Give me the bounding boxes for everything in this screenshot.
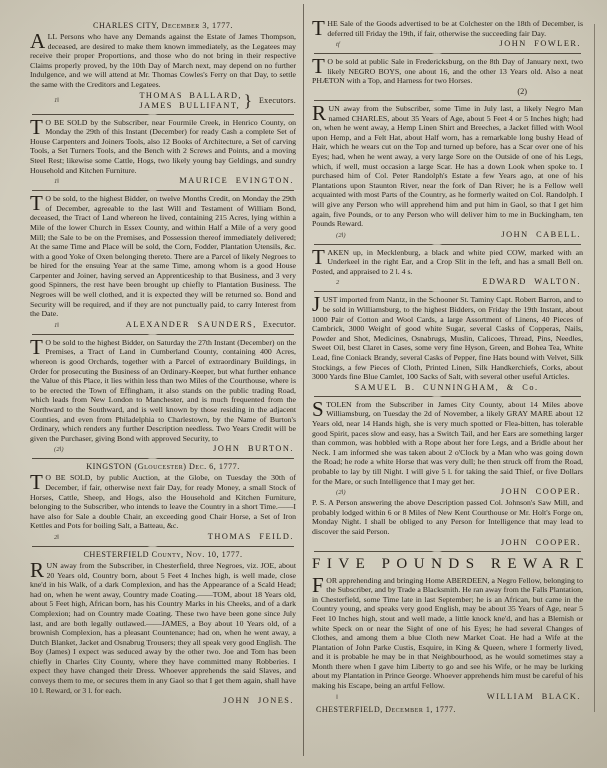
ad-body-text: O BE SOLD, by public Auction, at the Glo… [30, 473, 296, 530]
ad-separator [32, 458, 294, 459]
ad-land-sale-burton: TO be sold to the highest Bidder, on Sat… [30, 338, 296, 456]
printers-mark: (2‖) [312, 230, 346, 241]
ad-taken-up-cow-walton: TAKEN up, in Mecklenburg, a black and wh… [312, 248, 583, 289]
ad-runaway-notice-cabell: RUN away from the Subscriber, some Time … [312, 104, 583, 241]
ad-separator [32, 114, 294, 115]
ad-dateline: KINGSTON (Gloucester) Dec. 6, 1777. [30, 462, 296, 472]
drop-cap: F [312, 576, 326, 595]
signature: JOHN COOPER. [501, 486, 583, 497]
ad-footer-dateline: CHESTERFIELD, December 1, 1777. [316, 705, 583, 714]
ad-body-text: AKEN up, in Mecklenburg, a black and whi… [312, 248, 583, 276]
drop-cap: T [312, 248, 327, 267]
ad-body-text: UST imported from Nantz, in the Schooner… [312, 295, 583, 381]
printers-mark: (2‖) [30, 444, 64, 455]
signature: THOMAS BALLARD, [139, 91, 241, 101]
signature: JOHN FOWLER. [500, 38, 583, 49]
ad-body-text: LL Persons who have any Demands against … [30, 32, 296, 89]
ad-runaway-notice-jones: CHESTERFIELD County, Nov. 10, 1777. RUN … [30, 550, 296, 706]
ad-separator [32, 334, 294, 335]
ad-headline: FIVE POUNDS REWARD [312, 555, 583, 574]
ad-body-text: O be sold, to the highest Bidder, on twe… [30, 194, 296, 318]
ad-separator [314, 100, 581, 101]
ad-body-text: O be sold at public Sale in Fredericksbu… [312, 57, 583, 85]
printers-mark: (2) [517, 86, 583, 97]
ad-tools-sale-evington: TO BE SOLD by the Subscriber, near Fourm… [30, 118, 296, 188]
ad-body-text: O be sold to the highest Bidder, on Satu… [30, 338, 296, 443]
brace-glyph: } [244, 96, 252, 106]
page-edge-rule [594, 24, 595, 712]
ad-separator [314, 244, 581, 245]
drop-cap: T [30, 194, 45, 213]
drop-cap: J [312, 295, 323, 314]
signature-role: Executors. [259, 96, 296, 106]
drop-cap: R [312, 104, 329, 123]
drop-cap: T [312, 19, 327, 38]
signature: EDWARD WALTON. [482, 276, 583, 287]
printers-mark: 2‖ [30, 532, 59, 543]
printers-mark: 1‖ [30, 176, 59, 187]
signature: JOHN CABELL. [501, 229, 583, 240]
ad-dateline: CHESTERFIELD County, Nov. 10, 1777. [30, 550, 296, 560]
ad-body-text: UN away from the Subscriber, some Time i… [312, 104, 583, 228]
ad-body-text: O BE SOLD by the Subscriber, near Fourmi… [30, 118, 296, 175]
printers-mark: 2 [312, 277, 339, 288]
ad-separator [32, 546, 294, 547]
signature: JOHN JONES. [223, 695, 296, 706]
ad-land-sale-bond-estate: TO be sold, to the highest Bidder, on tw… [30, 194, 296, 331]
signature: JAMES BULLIFANT, [139, 101, 241, 111]
drop-cap: T [30, 338, 45, 357]
ad-body-text: HE Sale of the Goods advertised to be at… [327, 19, 583, 38]
ad-separator [314, 53, 581, 54]
ad-dateline: CHARLES CITY, December 3, 1777. [30, 21, 296, 31]
ad-separator [314, 291, 581, 292]
signature-role: Executor. [263, 319, 296, 330]
ad-separator [314, 396, 581, 397]
drop-cap: R [30, 561, 47, 580]
printers-mark: tf [312, 39, 340, 50]
ad-separator [32, 190, 294, 191]
ad-estate-james-thompson: CHARLES CITY, December 3, 1777. ALL Pers… [30, 21, 296, 111]
ad-body-text: TOLEN from the Subscriber in James City … [312, 400, 583, 486]
drop-cap: S [312, 400, 326, 419]
column-rule [303, 4, 304, 756]
printers-mark: ‖ [312, 692, 338, 703]
ad-reward-aberdeen-black: FIVE POUNDS REWARD FOR apprehending and … [312, 555, 583, 714]
signature: THOMAS FEILD. [208, 531, 296, 542]
ad-sale-fredericksburg: TO be sold at public Sale in Fredericksb… [312, 57, 583, 97]
drop-cap: A [30, 32, 48, 51]
ad-imported-goods-cunningham: JUST imported from Nantz, in the Schoone… [312, 295, 583, 392]
signature: ALEXANDER SAUNDERS, [126, 319, 259, 330]
signature: JOHN BURTON. [213, 443, 296, 454]
left-column: CHARLES CITY, December 3, 1777. ALL Pers… [30, 0, 296, 768]
right-column: THE Sale of the Goods advertised to be a… [312, 0, 583, 768]
printers-mark: 1‖ [30, 96, 59, 106]
drop-cap: T [30, 473, 45, 492]
signature: JOHN COOPER. [501, 537, 583, 548]
printers-mark: (2‖) [312, 487, 346, 498]
ad-sale-deferred-fowler: THE Sale of the Goods advertised to be a… [312, 19, 583, 50]
ad-stolen-mare-cooper: STOLEN from the Subscriber in James City… [312, 400, 583, 548]
signature: SAMUEL B. CUNNINGHAM, & Co. [354, 382, 540, 393]
ad-postscript: P. S. A Person answering the above Descr… [312, 498, 583, 536]
printers-mark: 1‖ [30, 320, 59, 331]
ad-body-text: UN away from the Subscriber, in Chesterf… [30, 561, 296, 695]
ad-auction-kingston-feild: KINGSTON (Gloucester) Dec. 6, 1777. TO B… [30, 462, 296, 543]
ad-body-text: OR apprehending and bringing Home ABERDE… [312, 576, 583, 691]
drop-cap: T [312, 57, 327, 76]
ad-separator [314, 551, 581, 552]
signature: MAURICE EVINGTON. [179, 175, 296, 186]
signature: WILLIAM BLACK. [487, 691, 583, 702]
drop-cap: T [30, 118, 45, 137]
